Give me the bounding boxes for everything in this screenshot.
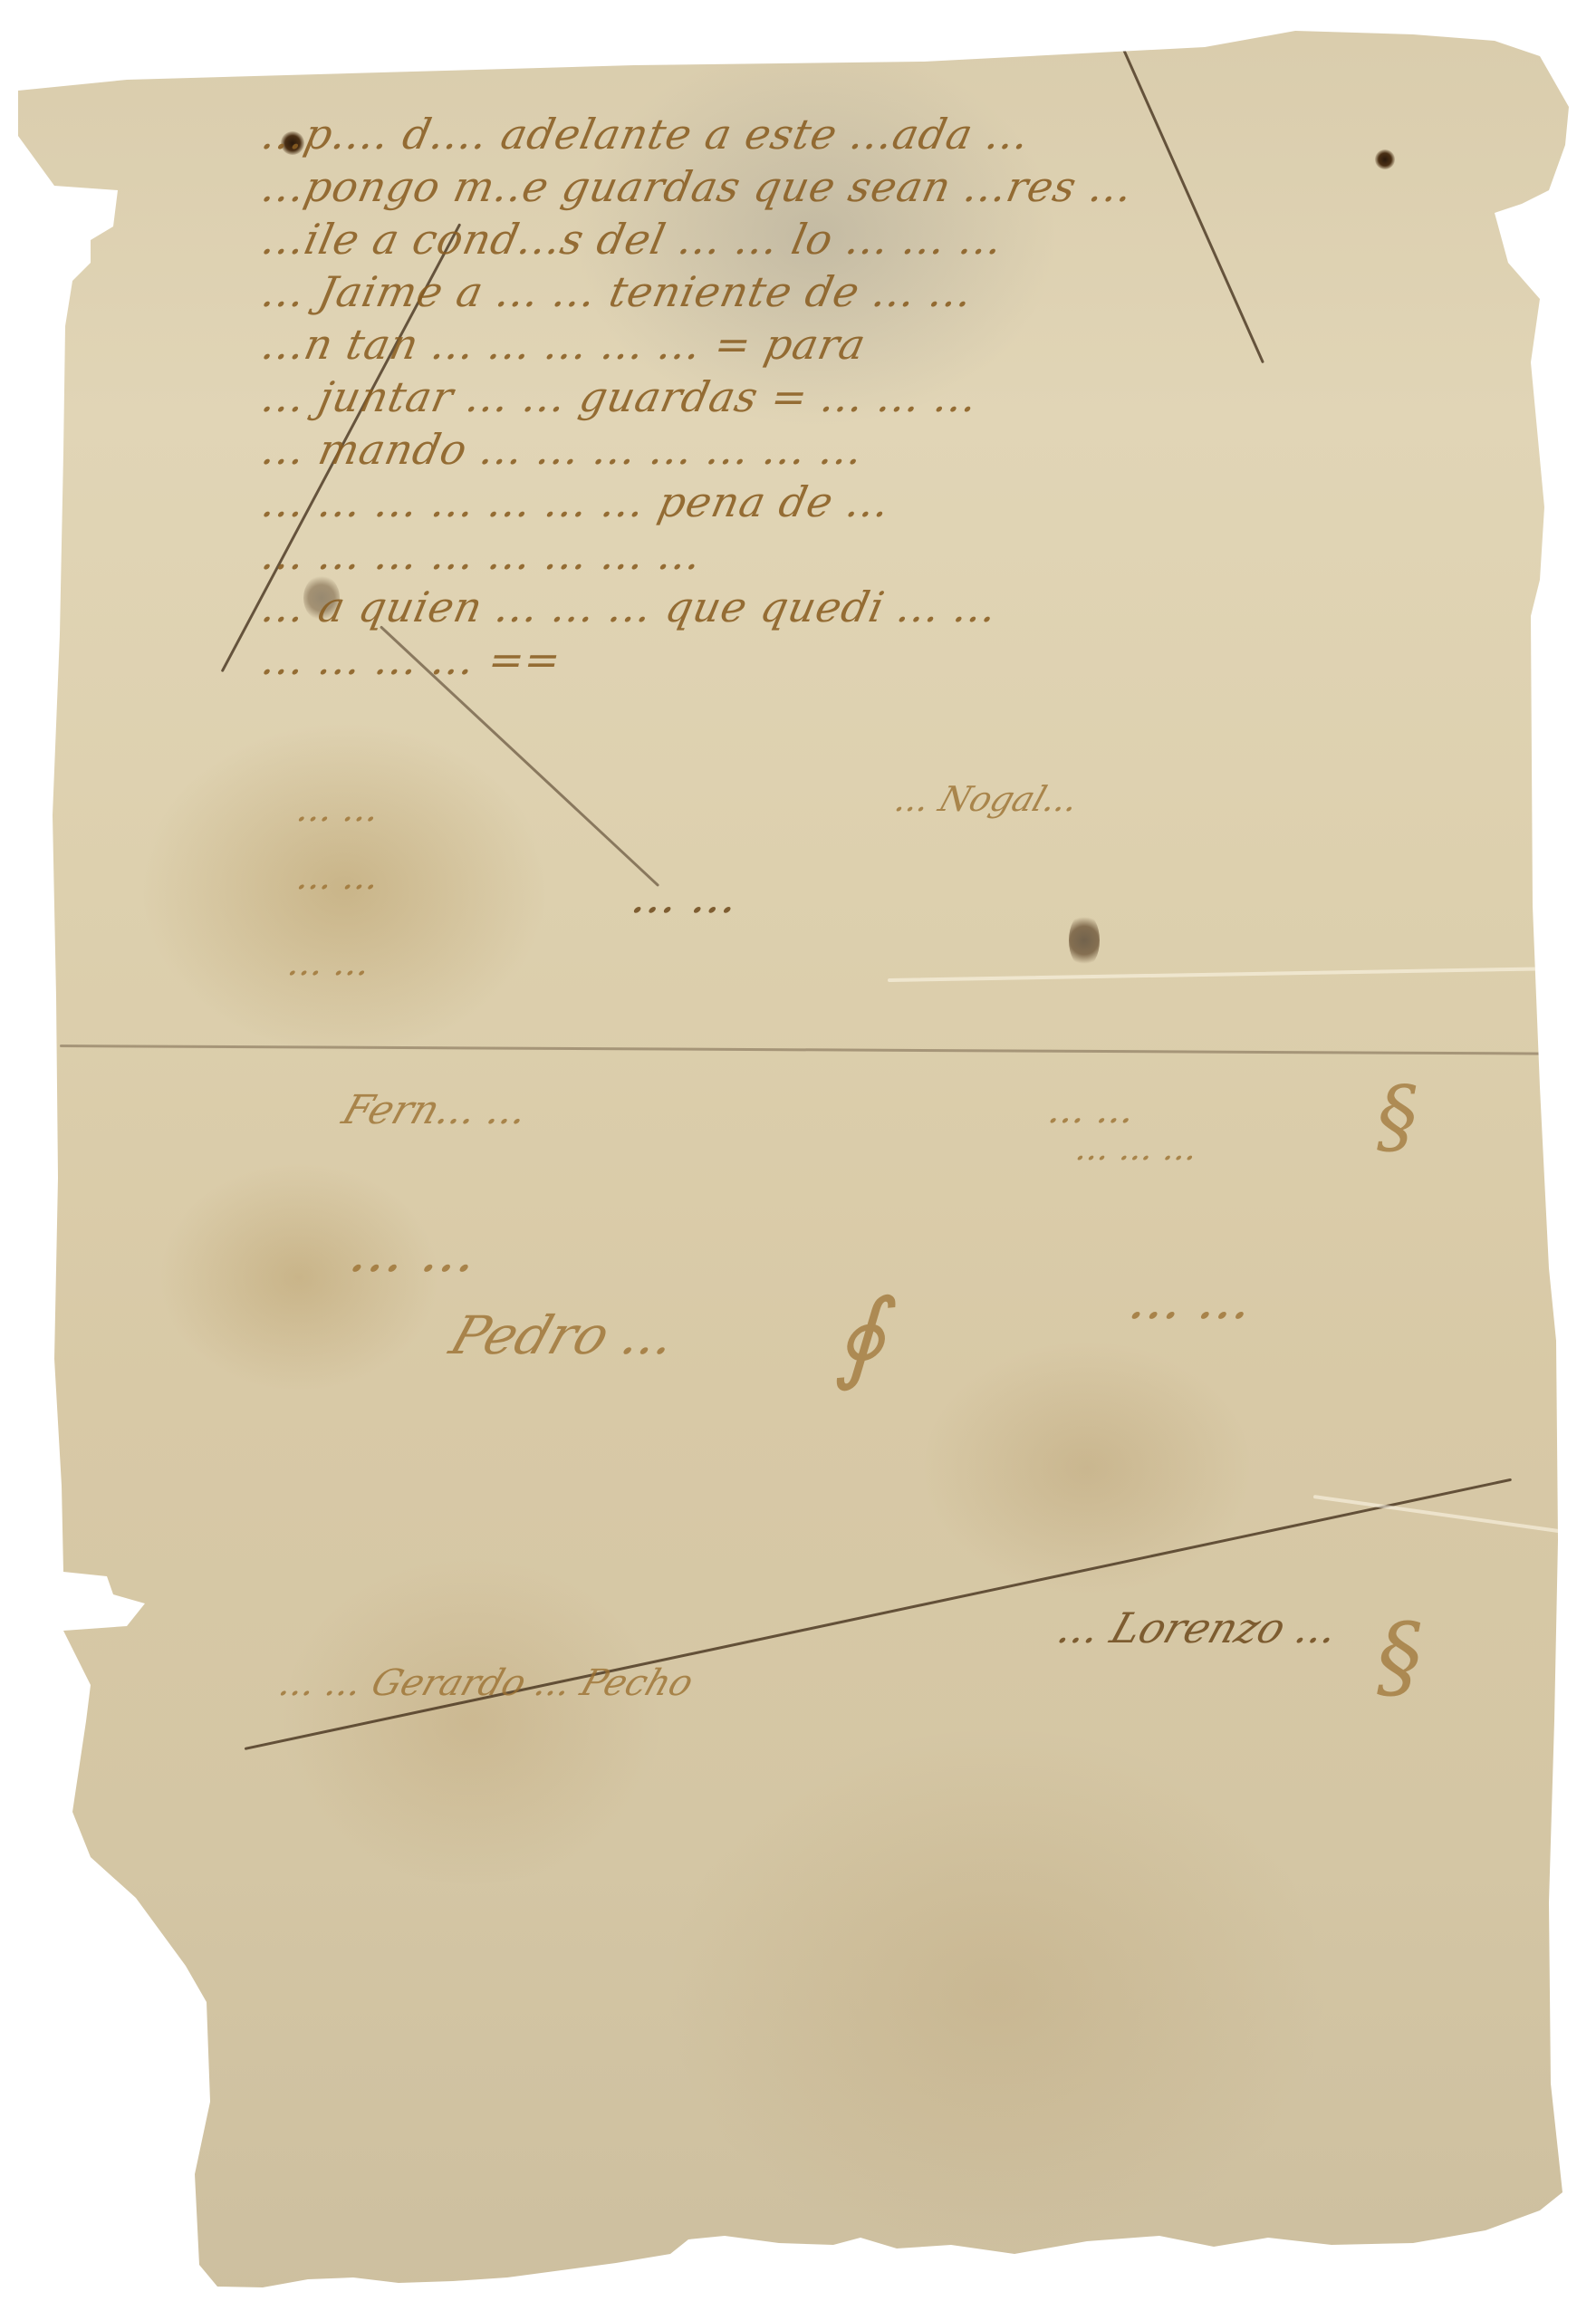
signature: Fern... ...: [337, 1087, 534, 1133]
signature: ... ...: [1043, 1087, 1142, 1131]
rubric-flourish: ∮: [833, 1277, 885, 1393]
manuscript-line: ...n tan ... ... ... ... ... = para: [257, 319, 1527, 371]
signature: ... ...: [284, 942, 378, 984]
manuscript-body: ...p.... d.... adelante a este ...ada ..…: [263, 109, 1522, 687]
manuscript-line: ...ile a cond...s del ... ... lo ... ...…: [257, 214, 1527, 266]
manuscript-line: ... a quien ... ... ... que quedi ... ..…: [257, 582, 1527, 634]
signature: Pedro ...: [443, 1305, 684, 1366]
manuscript-line: ... mando ... ... ... ... ... ... ...: [257, 424, 1527, 477]
manuscript-sheet: ...p.... d.... adelante a este ...ada ..…: [0, 0, 1596, 2311]
manuscript-line: ...p.... d.... adelante a este ...ada ..…: [257, 109, 1527, 161]
crease-line: [60, 1045, 1554, 1055]
manuscript-line: ... ... ... ... ==: [257, 634, 1527, 687]
manuscript-line: ... ... ... ... ... ... ... ...: [257, 529, 1527, 582]
manuscript-line: ... juntar ... ... guardas = ... ... ...: [257, 371, 1527, 424]
signature: ... ... ...: [1072, 1128, 1205, 1168]
crease-line: [1313, 1495, 1583, 1536]
rubric-flourish: §: [1377, 1069, 1418, 1164]
manuscript-line: ... ... ... ... ... ... ... pena de ...: [257, 477, 1527, 529]
crease-line: [888, 967, 1540, 982]
signature: ... ...: [293, 856, 387, 898]
rubric-flourish: §: [1377, 1603, 1422, 1709]
signature: ... Nogal...: [890, 779, 1084, 819]
footer-note: ... Lorenzo ...: [1052, 1603, 1345, 1652]
signature: ... ...: [342, 1218, 489, 1285]
ink-blot: [1069, 913, 1100, 968]
manuscript-line: ...pongo m..e guardas que sean ...res ..…: [257, 161, 1527, 214]
footer-note: ... ... Gerardo ... Pecho: [274, 1662, 699, 1704]
signature: ... ...: [293, 788, 387, 830]
manuscript-line: ... Jaime a ... ... teniente de ... ...: [257, 266, 1527, 319]
signature: ... ...: [625, 870, 747, 924]
signature: ... ...: [1122, 1268, 1264, 1332]
